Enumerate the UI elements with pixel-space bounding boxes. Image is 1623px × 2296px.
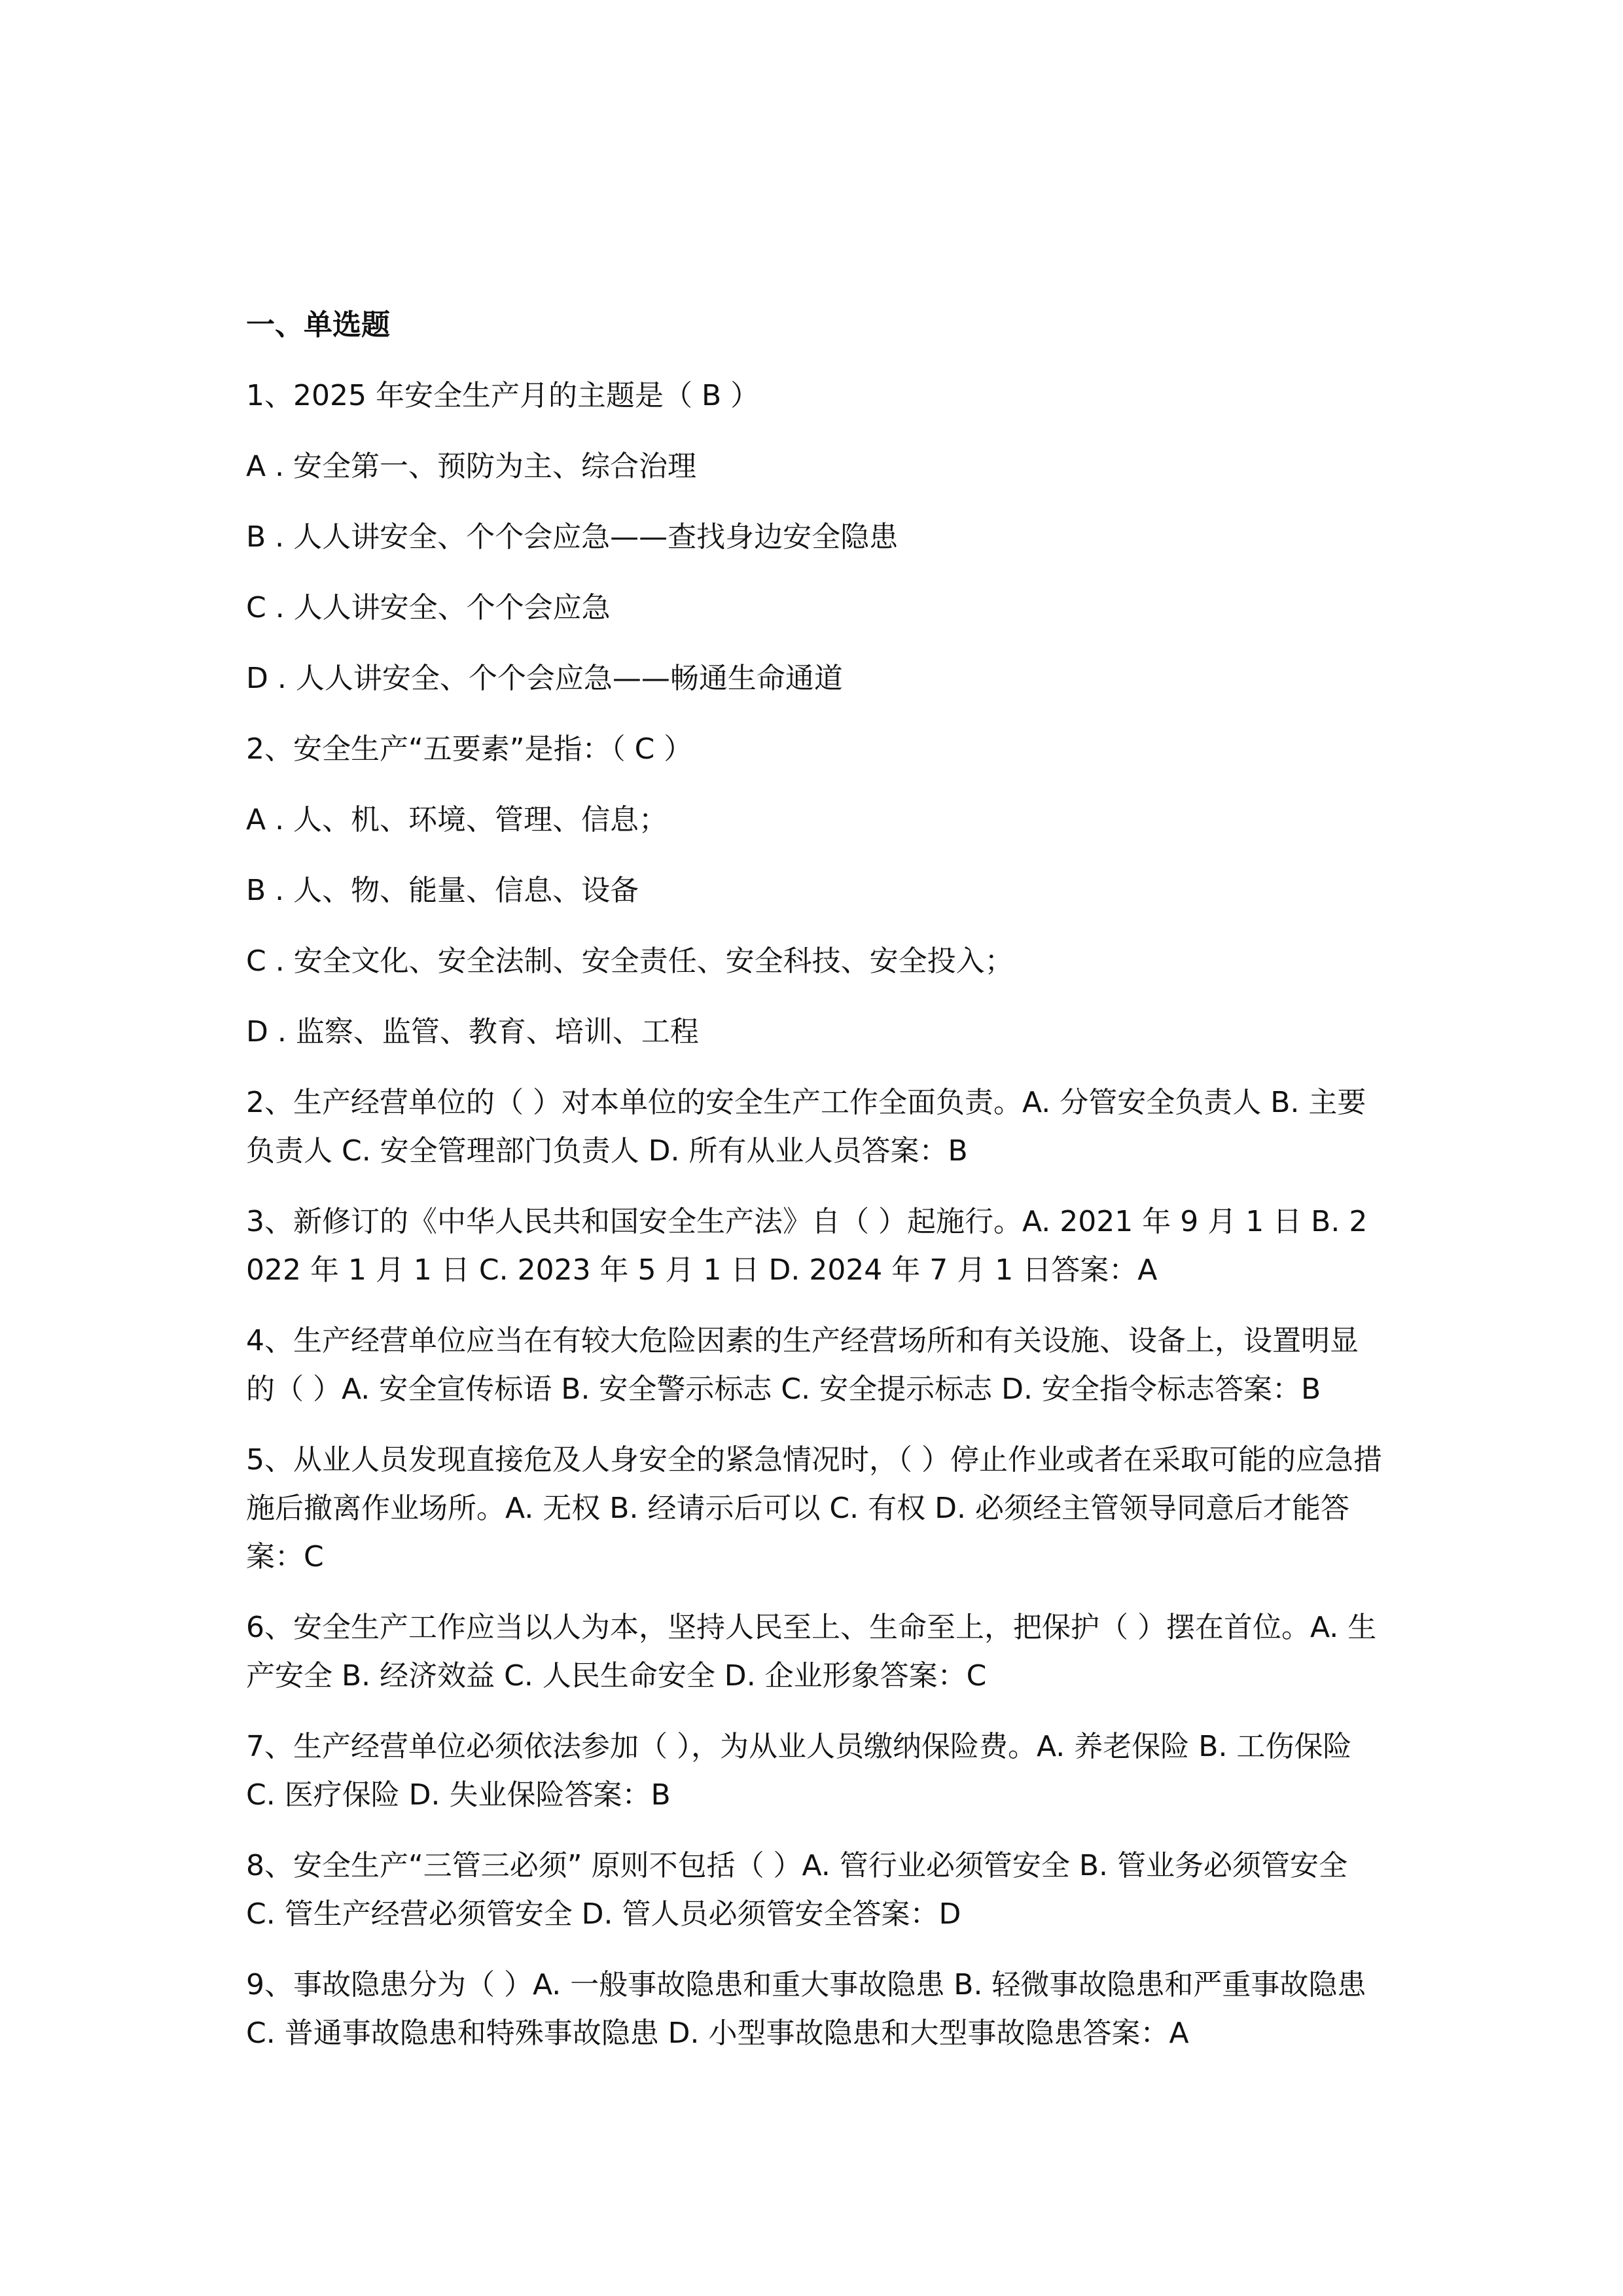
question-2-option-d: D . 监察、监管、教育、培训、工程 (246, 1008, 1385, 1056)
question-paragraph: 3、新修订的《中华人民共和国安全生产法》自（ ）起施行。A. 2021 年 9 … (246, 1198, 1385, 1295)
question-2-option-b: B . 人、物、能量、信息、设备 (246, 867, 1385, 915)
question-paragraph: 5、从业人员发现直接危及人身安全的紧急情况时，（ ）停止作业或者在采取可能的应急… (246, 1436, 1385, 1581)
question-paragraph: 8、安全生产“三管三必须” 原则不包括（ ）A. 管行业必须管安全 B. 管业务… (246, 1842, 1385, 1939)
question-2-option-c: C . 安全文化、安全法制、安全责任、安全科技、安全投入； (246, 937, 1385, 986)
question-paragraph: 9、事故隐患分为（ ）A. 一般事故隐患和重大事故隐患 B. 轻微事故隐患和严重… (246, 1961, 1385, 2058)
question-1-option-c: C . 人人讲安全、个个会应急 (246, 584, 1385, 632)
section-title: 一、单选题 (246, 301, 1385, 350)
question-1-option-d: D . 人人讲安全、个个会应急——畅通生命通道 (246, 655, 1385, 703)
question-paragraph: 7、生产经营单位必须依法参加（ ），为从业人员缴纳保险费。A. 养老保险 B. … (246, 1723, 1385, 1820)
question-1-option-b: B . 人人讲安全、个个会应急——查找身边安全隐患 (246, 513, 1385, 562)
question-paragraph: 6、安全生产工作应当以人为本，坚持人民至上、生命至上，把保护（ ）摆在首位。A.… (246, 1604, 1385, 1700)
question-2-option-a: A . 人、机、环境、管理、信息； (246, 796, 1385, 844)
question-paragraph: 4、生产经营单位应当在有较大危险因素的生产经营场所和有关设施、设备上，设置明显的… (246, 1317, 1385, 1414)
question-1-option-a: A . 安全第一、预防为主、综合治理 (246, 442, 1385, 491)
question-2: 2、安全生产“五要素”是指：（ C ） (246, 725, 1385, 774)
document-page: 一、单选题 1、2025 年安全生产月的主题是（ B ） A . 安全第一、预防… (246, 301, 1385, 2080)
question-paragraph: 2、生产经营单位的（ ）对本单位的安全生产工作全面负责。A. 分管安全负责人 B… (246, 1079, 1385, 1175)
question-1: 1、2025 年安全生产月的主题是（ B ） (246, 372, 1385, 420)
